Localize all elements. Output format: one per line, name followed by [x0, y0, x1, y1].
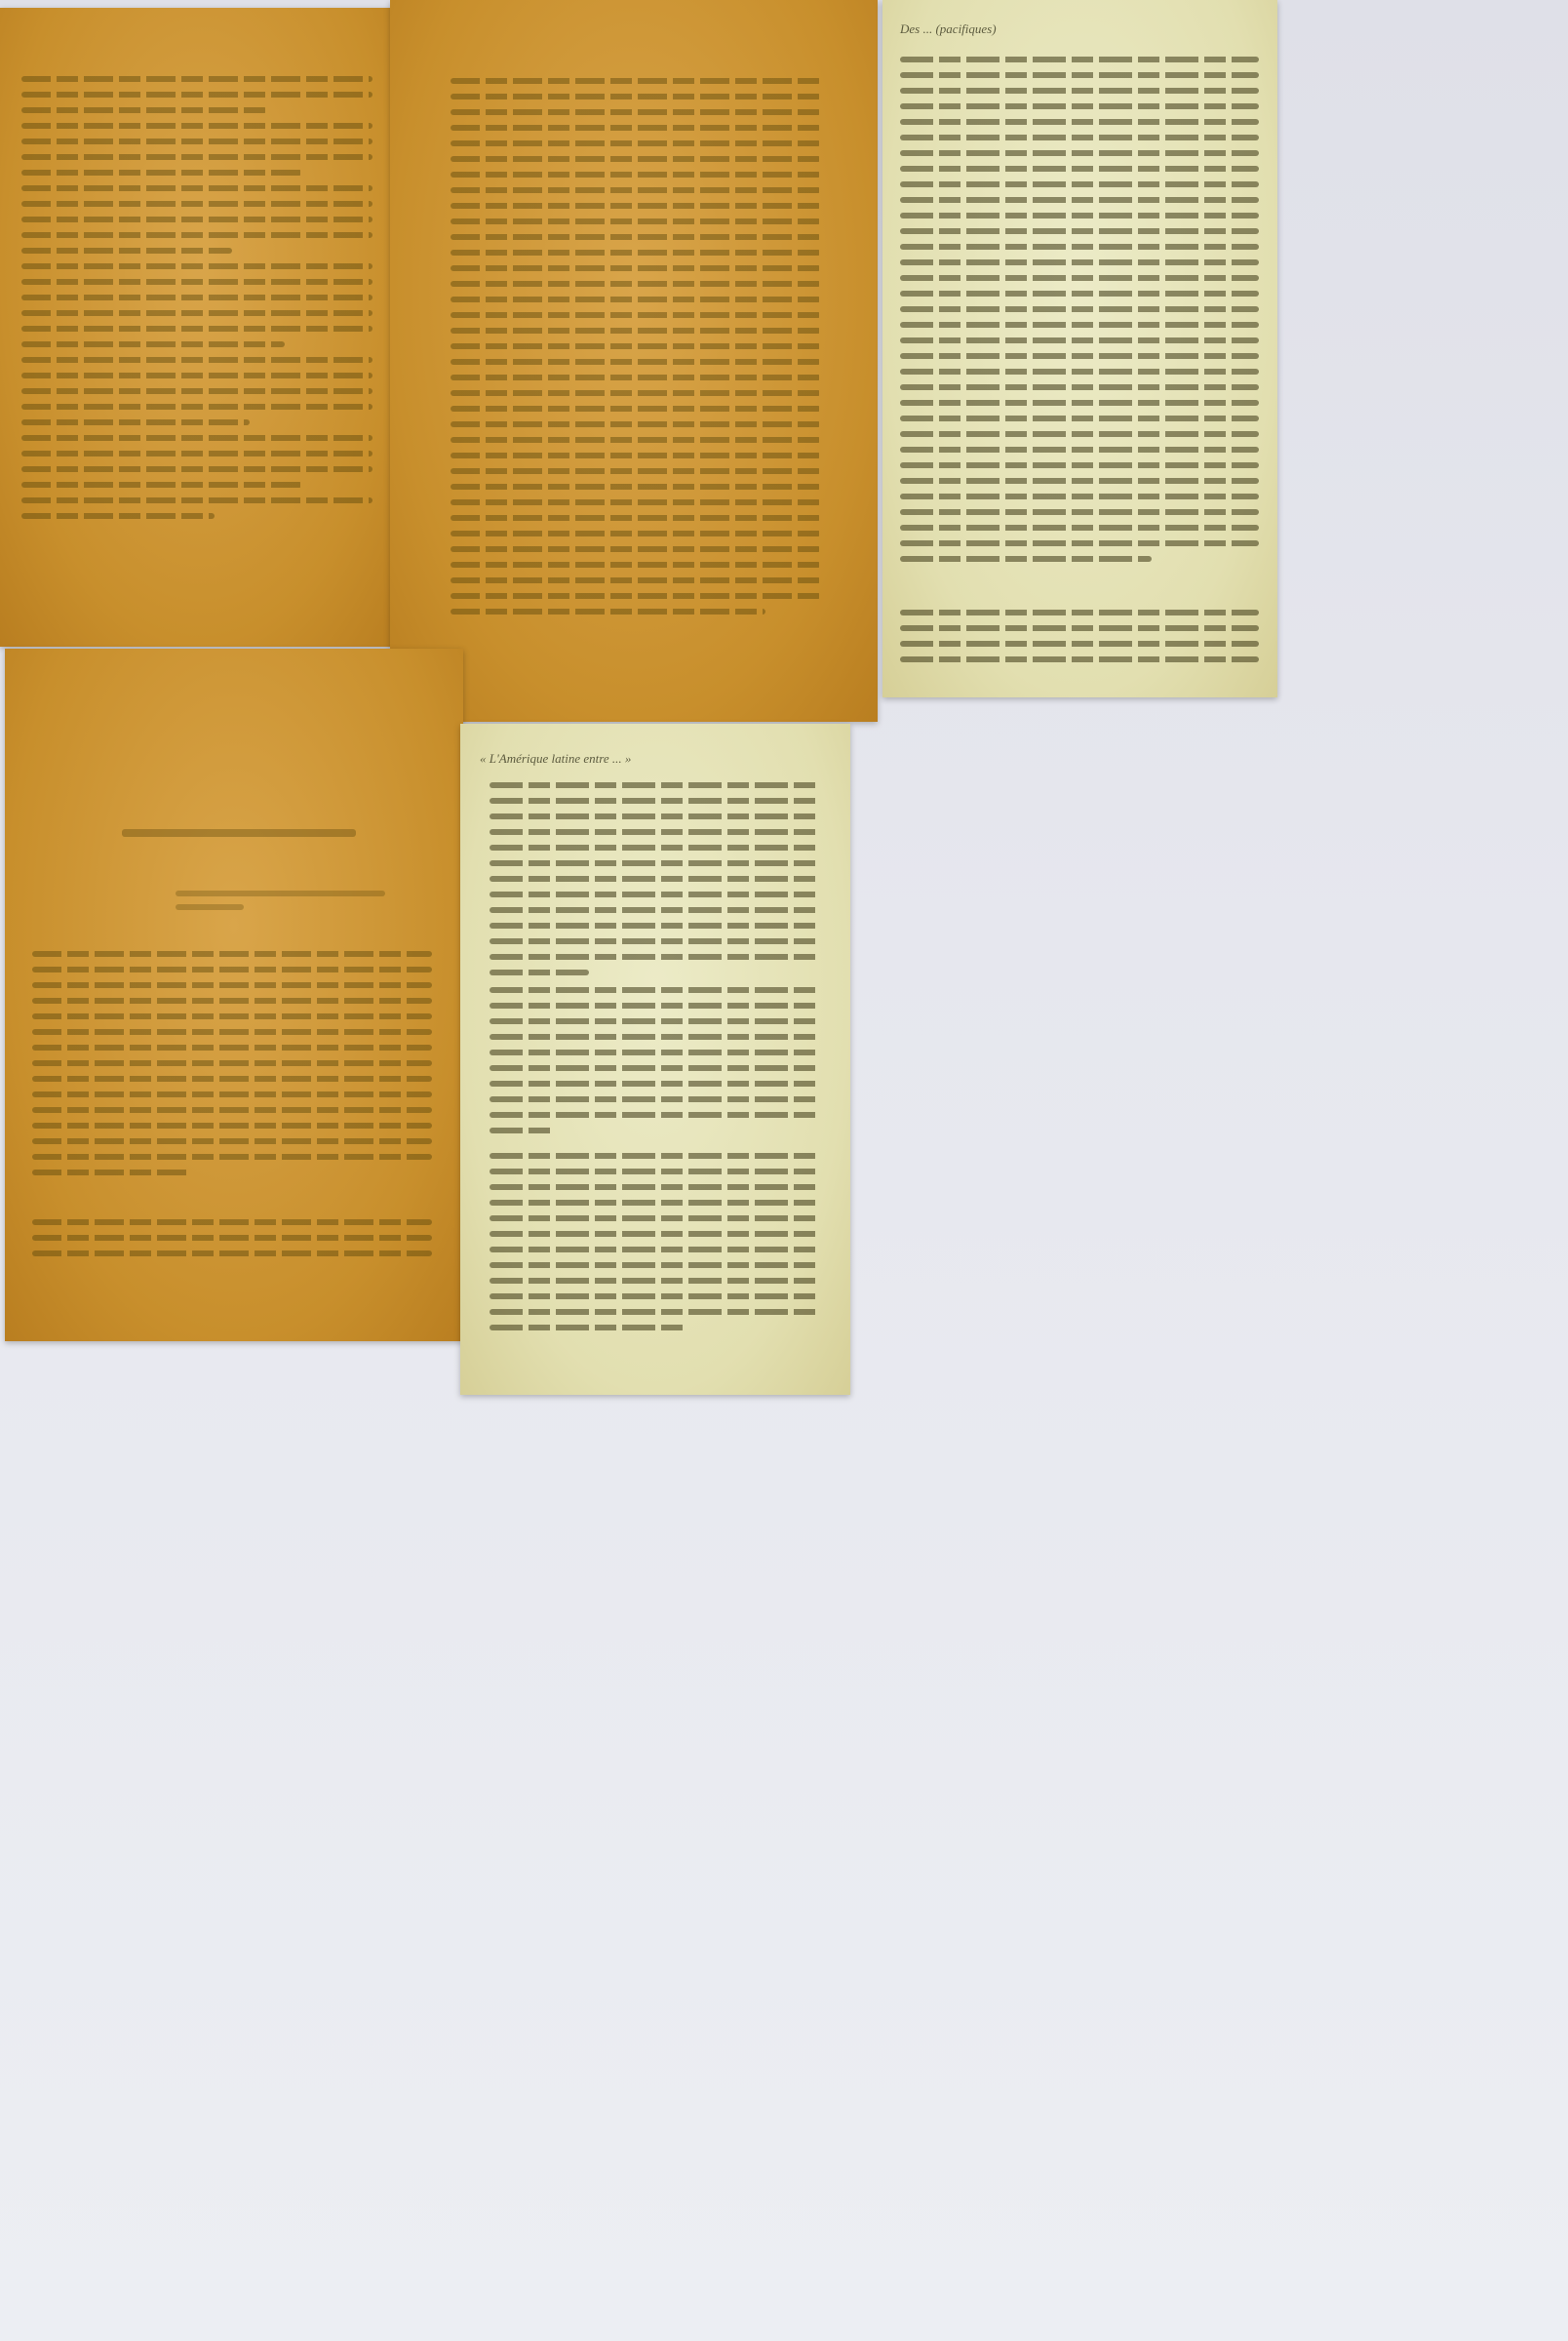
epigraph	[176, 891, 385, 896]
illegible-text-block-3	[490, 1153, 821, 1340]
epigraph-line-2	[176, 904, 244, 910]
book-page-top-middle	[390, 0, 878, 722]
illegible-text-block	[21, 76, 372, 529]
illegible-text-block	[900, 57, 1259, 572]
illegible-text-block	[490, 782, 821, 985]
illegible-text-block	[451, 78, 821, 624]
running-header: « L'Amérique latine entre ... »	[480, 751, 631, 767]
illegible-text-block-2	[32, 1219, 432, 1266]
last-paragraph	[900, 610, 1259, 672]
chapter-title	[122, 829, 356, 837]
illegible-text-block	[32, 951, 432, 1185]
book-page-mid-left	[5, 649, 463, 1341]
book-page-bottom-middle: « L'Amérique latine entre ... »	[460, 724, 850, 1395]
book-page-top-right: Des ... (pacifiques) La vague démocratiq…	[882, 0, 1277, 697]
illegible-text-block-2	[490, 987, 821, 1143]
book-page-top-left	[0, 8, 400, 647]
